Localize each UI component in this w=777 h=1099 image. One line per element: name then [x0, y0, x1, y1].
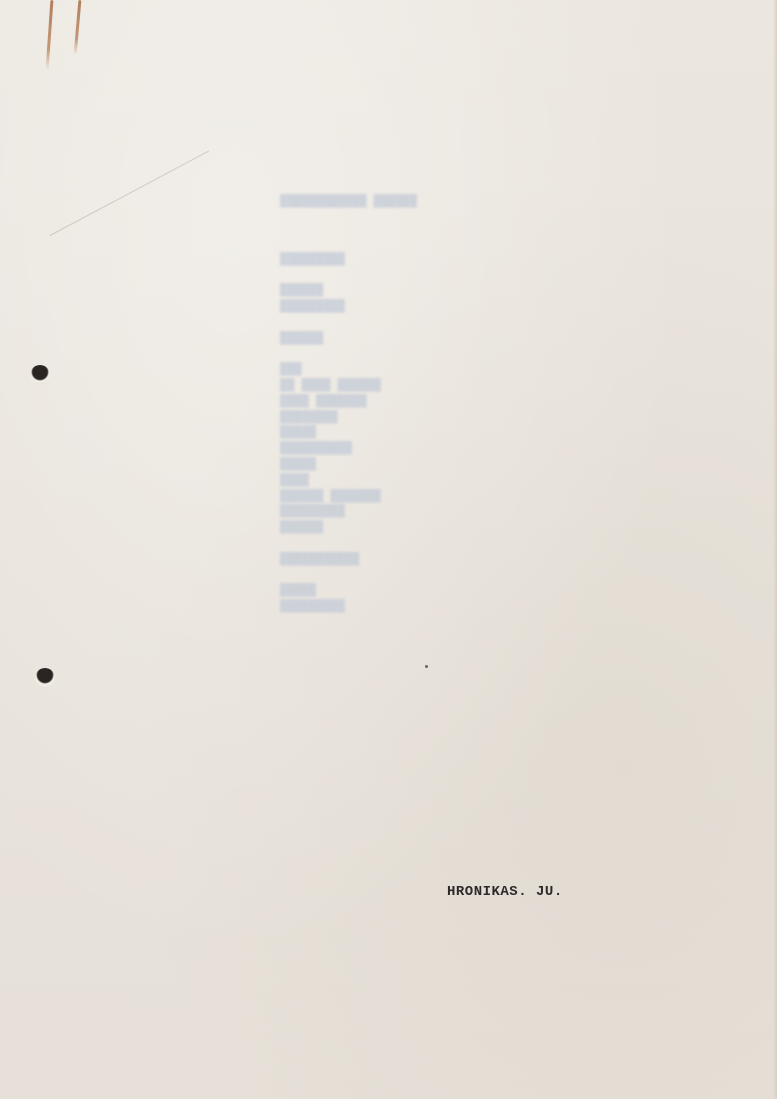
- bleed-through-line: ██████: [280, 519, 323, 535]
- bleed-through-line: ██████████: [280, 440, 352, 456]
- punch-hole: [30, 365, 50, 385]
- bleed-through-line: █████: [280, 456, 316, 472]
- bleed-through-line: █████████: [280, 298, 345, 314]
- punch-hole: [35, 668, 55, 688]
- bleed-through-line: █████████: [280, 503, 345, 519]
- bleed-through-line: ███: [280, 361, 302, 377]
- ink-speck: [425, 665, 428, 668]
- bleed-through-line: ████████: [280, 409, 338, 425]
- bleed-through-line: █████: [280, 424, 316, 440]
- bleed-through-line: ██████ ███████: [280, 488, 381, 504]
- bleed-through-line: ████████████ ██████: [280, 193, 417, 209]
- bleed-through-line: ████: [280, 472, 309, 488]
- document-page: ████████████ ███████████████████████████…: [0, 0, 777, 1099]
- rust-stain: [74, 0, 82, 55]
- bleed-through-line: ████ ███████: [280, 393, 366, 409]
- page-edge: [773, 0, 777, 1099]
- bleed-through-line: ██ ████ ██████: [280, 377, 381, 393]
- bleed-through-line: ██████: [280, 330, 323, 346]
- signature-line: HRONIKAS. JU.: [447, 884, 563, 900]
- bleed-through-line: █████████: [280, 251, 345, 267]
- bleed-through-line: ███████████: [280, 551, 359, 567]
- bleed-through-line: █████████: [280, 598, 345, 614]
- rust-stain: [46, 0, 54, 70]
- bleed-through-line: █████: [280, 582, 316, 598]
- bleed-through-line: ██████: [280, 282, 323, 298]
- paper-crease: [50, 151, 209, 236]
